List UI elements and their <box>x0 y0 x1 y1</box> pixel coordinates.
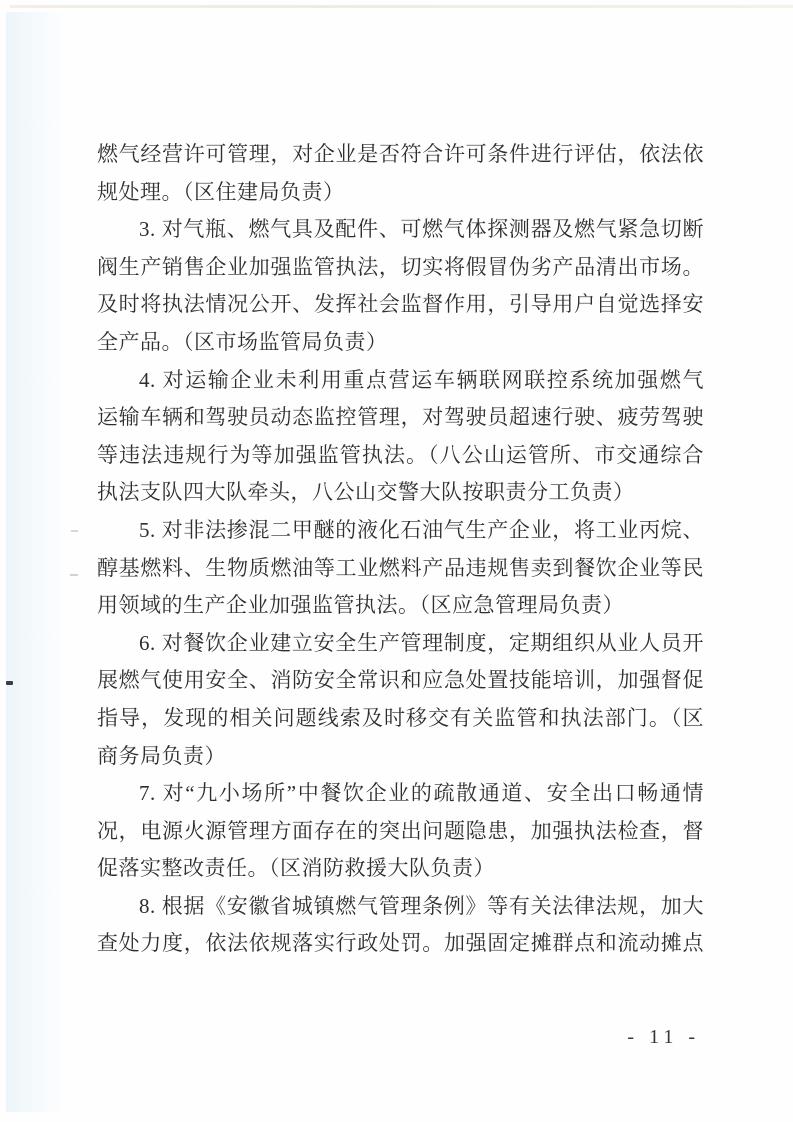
text-line: 指导，发现的相关问题线索及时移交有关监管和执法部门。（区 <box>97 700 704 738</box>
text-line: 7. 对“九小场所”中餐饮企业的疏散通道、安全出口畅通情 <box>97 775 704 813</box>
text-line: 况，电源火源管理方面存在的突出问题隐患，加强执法检查，督 <box>97 813 704 851</box>
paragraph-continuation: 燃气经营许可管理，对企业是否符合许可条件进行评估，依法依 规处理。（区住建局负责… <box>97 136 704 211</box>
scan-dash-artifact <box>70 574 78 576</box>
text-line: 阀生产销售企业加强监管执法，切实将假冒伪劣产品清出市场。 <box>97 249 704 287</box>
text-line: 运输车辆和驾驶员动态监控管理，对驾驶员超速行驶、疲劳驾驶 <box>97 399 704 437</box>
scan-dash-artifact <box>71 530 78 532</box>
text-line: 促落实整改责任。（区消防救援大队负责） <box>97 850 704 888</box>
scan-left-tint-artifact <box>6 12 66 1112</box>
paragraph-item-8: 8. 根据《安徽省城镇燃气管理条例》等有关法律法规，加大 查处力度，依法依规落实… <box>97 888 704 963</box>
text-line: 规处理。（区住建局负责） <box>97 174 704 212</box>
paragraph-item-4: 4. 对运输企业未利用重点营运车辆联网联控系统加强燃气 运输车辆和驾驶员动态监控… <box>97 362 704 512</box>
paragraph-item-5: 5. 对非法掺混二甲醚的液化石油气生产企业，将工业丙烷、 醇基燃料、生物质燃油等… <box>97 512 704 625</box>
text-line: 6. 对餐饮企业建立安全生产管理制度，定期组织从业人员开 <box>97 625 704 663</box>
text-line: 8. 根据《安徽省城镇燃气管理条例》等有关法律法规，加大 <box>97 888 704 926</box>
scan-top-edge-artifact <box>10 5 793 8</box>
paragraph-item-6: 6. 对餐饮企业建立安全生产管理制度，定期组织从业人员开 展燃气使用安全、消防安… <box>97 625 704 775</box>
text-line: 用领域的生产企业加强监管执法。（区应急管理局负责） <box>97 587 704 625</box>
text-line: 商务局负责） <box>97 738 704 776</box>
text-line: 3. 对气瓶、燃气具及配件、可燃气体探测器及燃气紧急切断 <box>97 211 704 249</box>
text-line: 展燃气使用安全、消防安全常识和应急处置技能培训，加强督促 <box>97 662 704 700</box>
paragraph-item-7: 7. 对“九小场所”中餐饮企业的疏散通道、安全出口畅通情 况，电源火源管理方面存… <box>97 775 704 888</box>
text-line: 查处力度，依法依规落实行政处罚。加强固定摊群点和流动摊点 <box>97 925 704 963</box>
text-line: 5. 对非法掺混二甲醚的液化石油气生产企业，将工业丙烷、 <box>97 512 704 550</box>
body-text: 燃气经营许可管理，对企业是否符合许可条件进行评估，依法依 规处理。（区住建局负责… <box>97 136 704 963</box>
scan-speck-artifact <box>6 681 13 685</box>
text-line: 及时将执法情况公开、发挥社会监督作用，引导用户自觉选择安 <box>97 286 704 324</box>
text-line: 燃气经营许可管理，对企业是否符合许可条件进行评估，依法依 <box>97 136 704 174</box>
text-line: 醇基燃料、生物质燃油等工业燃料产品违规售卖到餐饮企业等民 <box>97 550 704 588</box>
document-page: 燃气经营许可管理，对企业是否符合许可条件进行评估，依法依 规处理。（区住建局负责… <box>0 0 793 1122</box>
text-line: 全产品。（区市场监管局负责） <box>97 324 704 362</box>
text-line: 4. 对运输企业未利用重点营运车辆联网联控系统加强燃气 <box>97 362 704 400</box>
page-number: - 11 - <box>627 1024 700 1050</box>
text-line: 等违法违规行为等加强监管执法。（八公山运管所、市交通综合 <box>97 437 704 475</box>
text-line: 执法支队四大队牵头，八公山交警大队按职责分工负责） <box>97 474 704 512</box>
paragraph-item-3: 3. 对气瓶、燃气具及配件、可燃气体探测器及燃气紧急切断 阀生产销售企业加强监管… <box>97 211 704 361</box>
